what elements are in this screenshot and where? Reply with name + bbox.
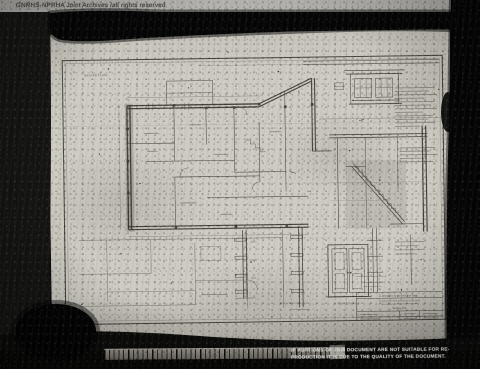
caption-second-floor: Second Floor	[84, 73, 108, 77]
window-elevation-detail	[334, 70, 404, 104]
archive-watermark: GNRHS-NPRHA Joint Archives /all rights r…	[16, 2, 166, 9]
microfilm-notice-line2: PRODUCTION IT IS DUE TO THE QUALITY OF T…	[291, 352, 479, 360]
blueprint-sheet: Second Floor Main Entrance Plan at Main …	[48, 29, 454, 345]
title-block-city: Seattle, Wn.	[392, 306, 407, 311]
floor-plan-drawing: Second Floor Main Entrance Plan at Main …	[48, 29, 454, 345]
archival-photo: GNRHS-NPRHA Joint Archives /all rights r…	[0, 0, 480, 369]
caption-main-entrance: Main Entrance	[338, 301, 361, 305]
left-dark-margin	[0, 12, 52, 369]
microfilm-notice: IF PORTIONS OF THIS DOCUMENT ARE NOT SUI…	[291, 345, 479, 360]
title-block	[356, 275, 443, 320]
caption-plan-at-entrance: Plan at Main Entrance	[280, 302, 308, 305]
second-floor-plan	[117, 78, 333, 237]
title-block-line1: Alterations to Second Floor Deck	[381, 294, 418, 298]
margin-notes	[395, 87, 438, 162]
title-block-line2: Dividing Offices & Residences on the Doc…	[379, 299, 420, 303]
door-elevation-detail	[326, 244, 371, 297]
main-floor-partial-plan	[79, 238, 284, 311]
wall-section-details	[235, 227, 310, 310]
